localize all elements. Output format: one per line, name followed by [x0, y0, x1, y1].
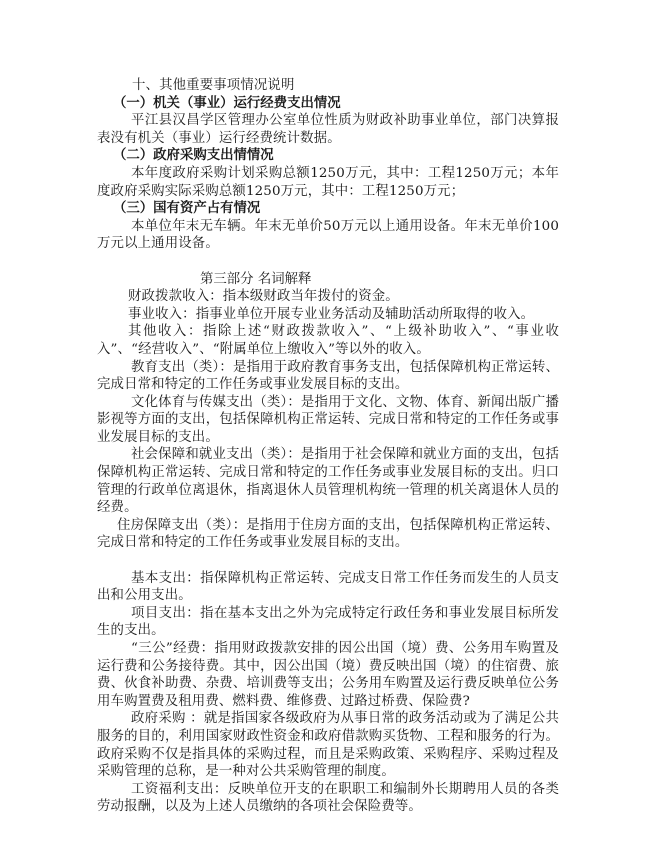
term-wages-welfare-expenditure: 工资福利支出：反映单位开支的在职职工和编制外长期聘用人员的各类劳动报酬，以及为上… [97, 781, 559, 816]
subsection-heading-state-assets: （三）国有资产占有情况 [97, 200, 559, 218]
term-social-security-employment-expenditure: 社会保障和就业支出（类）：是指用于社会保障和就业方面的支出，包括保障机构正常运转… [97, 446, 559, 516]
term-three-public-expenses: “三公”经费：指用财政拨款安排的因公出国（境）费、公务用车购置及运行费和公务接待… [97, 640, 559, 710]
spacer [97, 552, 559, 570]
term-education-expenditure: 教育支出（类）：是指用于政府教育事务支出，包括保障机构正常运转、完成日常和特定的… [97, 359, 559, 394]
subsection-heading-procurement: （二）政府采购支出情情况 [97, 147, 559, 165]
term-housing-security-expenditure: 住房保障支出（类）：是指用于住房方面的支出，包括保障机构正常运转、完成日常和特定… [97, 517, 559, 552]
subsection-body-procurement: 本年度政府采购计划采购总额1250万元，其中：工程1250万元；本年度政府采购实… [97, 165, 559, 200]
document-page: 十、其他重要事项情况说明 （一）机关（事业）运行经费支出情况 平江县汉昌学区管理… [97, 77, 559, 816]
term-culture-sports-media-expenditure: 文化体育与传媒支出（类）：是指用于文化、文物、体育、新闻出版广播影视等方面的支出… [97, 394, 559, 447]
section-ten-title: 十、其他重要事项情况说明 [97, 77, 559, 95]
term-project-expenditure: 项目支出：指在基本支出之外为完成特定行政任务和事业发展目标所发生的支出。 [97, 605, 559, 640]
term-basic-expenditure: 基本支出：指保障机构正常运转、完成支日常工作任务而发生的人员支出和公用支出。 [97, 570, 559, 605]
subsection-heading-admin-expenses: （一）机关（事业）运行经费支出情况 [97, 95, 559, 113]
term-government-procurement: 政府采购 ：就是指国家各级政府为从事日常的政务活动或为了满足公共服务的目的，利用… [97, 710, 559, 780]
part-three-title: 第三部分 名词解释 [97, 271, 559, 289]
term-fiscal-appropriation-income: 财政拨款收入：指本级财政当年拨付的资金。 [97, 288, 559, 306]
subsection-body-state-assets: 本单位年末无车辆。年末无单价50万元以上通用设备。年末无单价100万元以上通用设… [97, 218, 559, 253]
subsection-body-admin-expenses: 平江县汉昌学区管理办公室单位性质为财政补助事业单位，部门决算报表没有机关（事业）… [97, 112, 559, 147]
term-business-income: 事业收入：指事业单位开展专业业务活动及辅助活动所取得的收入。 [97, 306, 559, 324]
term-other-income: 其他收入：指除上述“财政拨款收入”、“上级补助收入”、“事业收入”、“经营收入”… [97, 323, 559, 358]
spacer [97, 253, 559, 271]
